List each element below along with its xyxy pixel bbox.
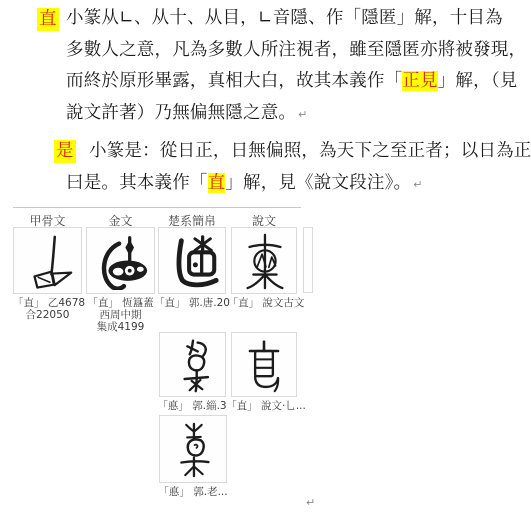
glyph-cell-r2c3	[159, 332, 226, 397]
entry-label-zhi: 直	[37, 8, 59, 31]
glyph-cell-r1c1	[13, 227, 82, 294]
body-text: 小篆从∟、从十、从目，∟音隱、作「隱匿」解，十目為	[66, 8, 503, 28]
paragraph-mark: ↵	[298, 108, 307, 121]
body-text: 多數人之意，凡為多數人所注視者，雖至隱匿亦將被發現，	[66, 40, 526, 60]
glyph-cell-r1c4	[231, 227, 297, 294]
text-line: 小篆是：從日正，日無偏照，為天下之至正者；以日為正	[89, 140, 531, 162]
body-text: 」解，（見	[438, 71, 518, 91]
shuowen-seal-zhi-glyph-image	[236, 337, 292, 393]
text-line: 多數人之意，凡為多數人所注視者，雖至隱匿亦將被發現，	[66, 39, 526, 61]
table-top-divider	[13, 207, 301, 208]
highlighted-term-zhi: 直	[208, 173, 226, 193]
highlighted-term-zhengjian: 正見	[402, 71, 437, 91]
text-line: 說文許著）乃無偏無隱之意。↵	[66, 102, 308, 126]
chu-de-1-glyph-image	[165, 337, 221, 393]
entry-label-shi: 是	[54, 140, 76, 163]
body-text: 」解，見《說文段注》。	[225, 173, 411, 193]
glyph-caption-r1c3: 「直」 郭.唐.20	[151, 297, 233, 309]
text-line: 小篆从∟、从十、从目，∟音隱、作「隱匿」解，十目為	[66, 7, 503, 29]
chu-silk-zhi-glyph-image	[163, 232, 221, 290]
paragraph-mark: ↵	[306, 496, 315, 509]
glyph-cell-r3c3	[159, 415, 227, 483]
body-text: 小篆是：從日正，日無偏照，為天下之至正者；以日為正	[89, 141, 531, 161]
glyph-caption-r2c4: 「直」 說文·乚...	[226, 400, 306, 412]
text-line: 而終於原形畢露，真相大白，故其本義作「正見」解，（見	[66, 70, 517, 92]
glyph-caption-r1c4: 「直」 說文古文	[227, 297, 305, 309]
glyph-cell-partial	[303, 227, 313, 293]
oracle-zhi-glyph-image	[19, 232, 77, 290]
glyph-caption-r1c1: 「直」 乙4678 合22050	[13, 297, 82, 321]
paragraph-mark: ↵	[413, 178, 422, 191]
text-line: 曰是。其本義作「直」解，見《說文段注》。↵	[66, 172, 423, 196]
body-text: 而終於原形畢露，真相大白，故其本義作「	[66, 71, 402, 91]
body-text: 曰是。其本義作「	[66, 173, 208, 193]
chu-de-2-glyph-image	[164, 420, 222, 478]
shuowen-guwen-zhi-glyph-image	[235, 232, 293, 290]
body-text: 說文許著）乃無偏無隱之意。	[66, 103, 296, 123]
glyph-cell-r1c2	[86, 227, 155, 294]
glyph-caption-r1c2: 「直」 恆簋蓋 西周中期 集成4199	[86, 297, 155, 333]
document-page: 直 小篆从∟、从十、从目，∟音隱、作「隱匿」解，十目為 多數人之意，凡為多數人所…	[0, 0, 531, 514]
bronze-zhi-glyph-image	[92, 232, 150, 290]
glyph-cell-r2c4	[231, 332, 297, 397]
glyph-caption-r3c3: 「悳」 郭.老...	[153, 486, 233, 498]
glyph-cell-r1c3	[158, 227, 226, 294]
glyph-caption-r2c3: 「悳」 郭.緇.3	[152, 400, 232, 412]
